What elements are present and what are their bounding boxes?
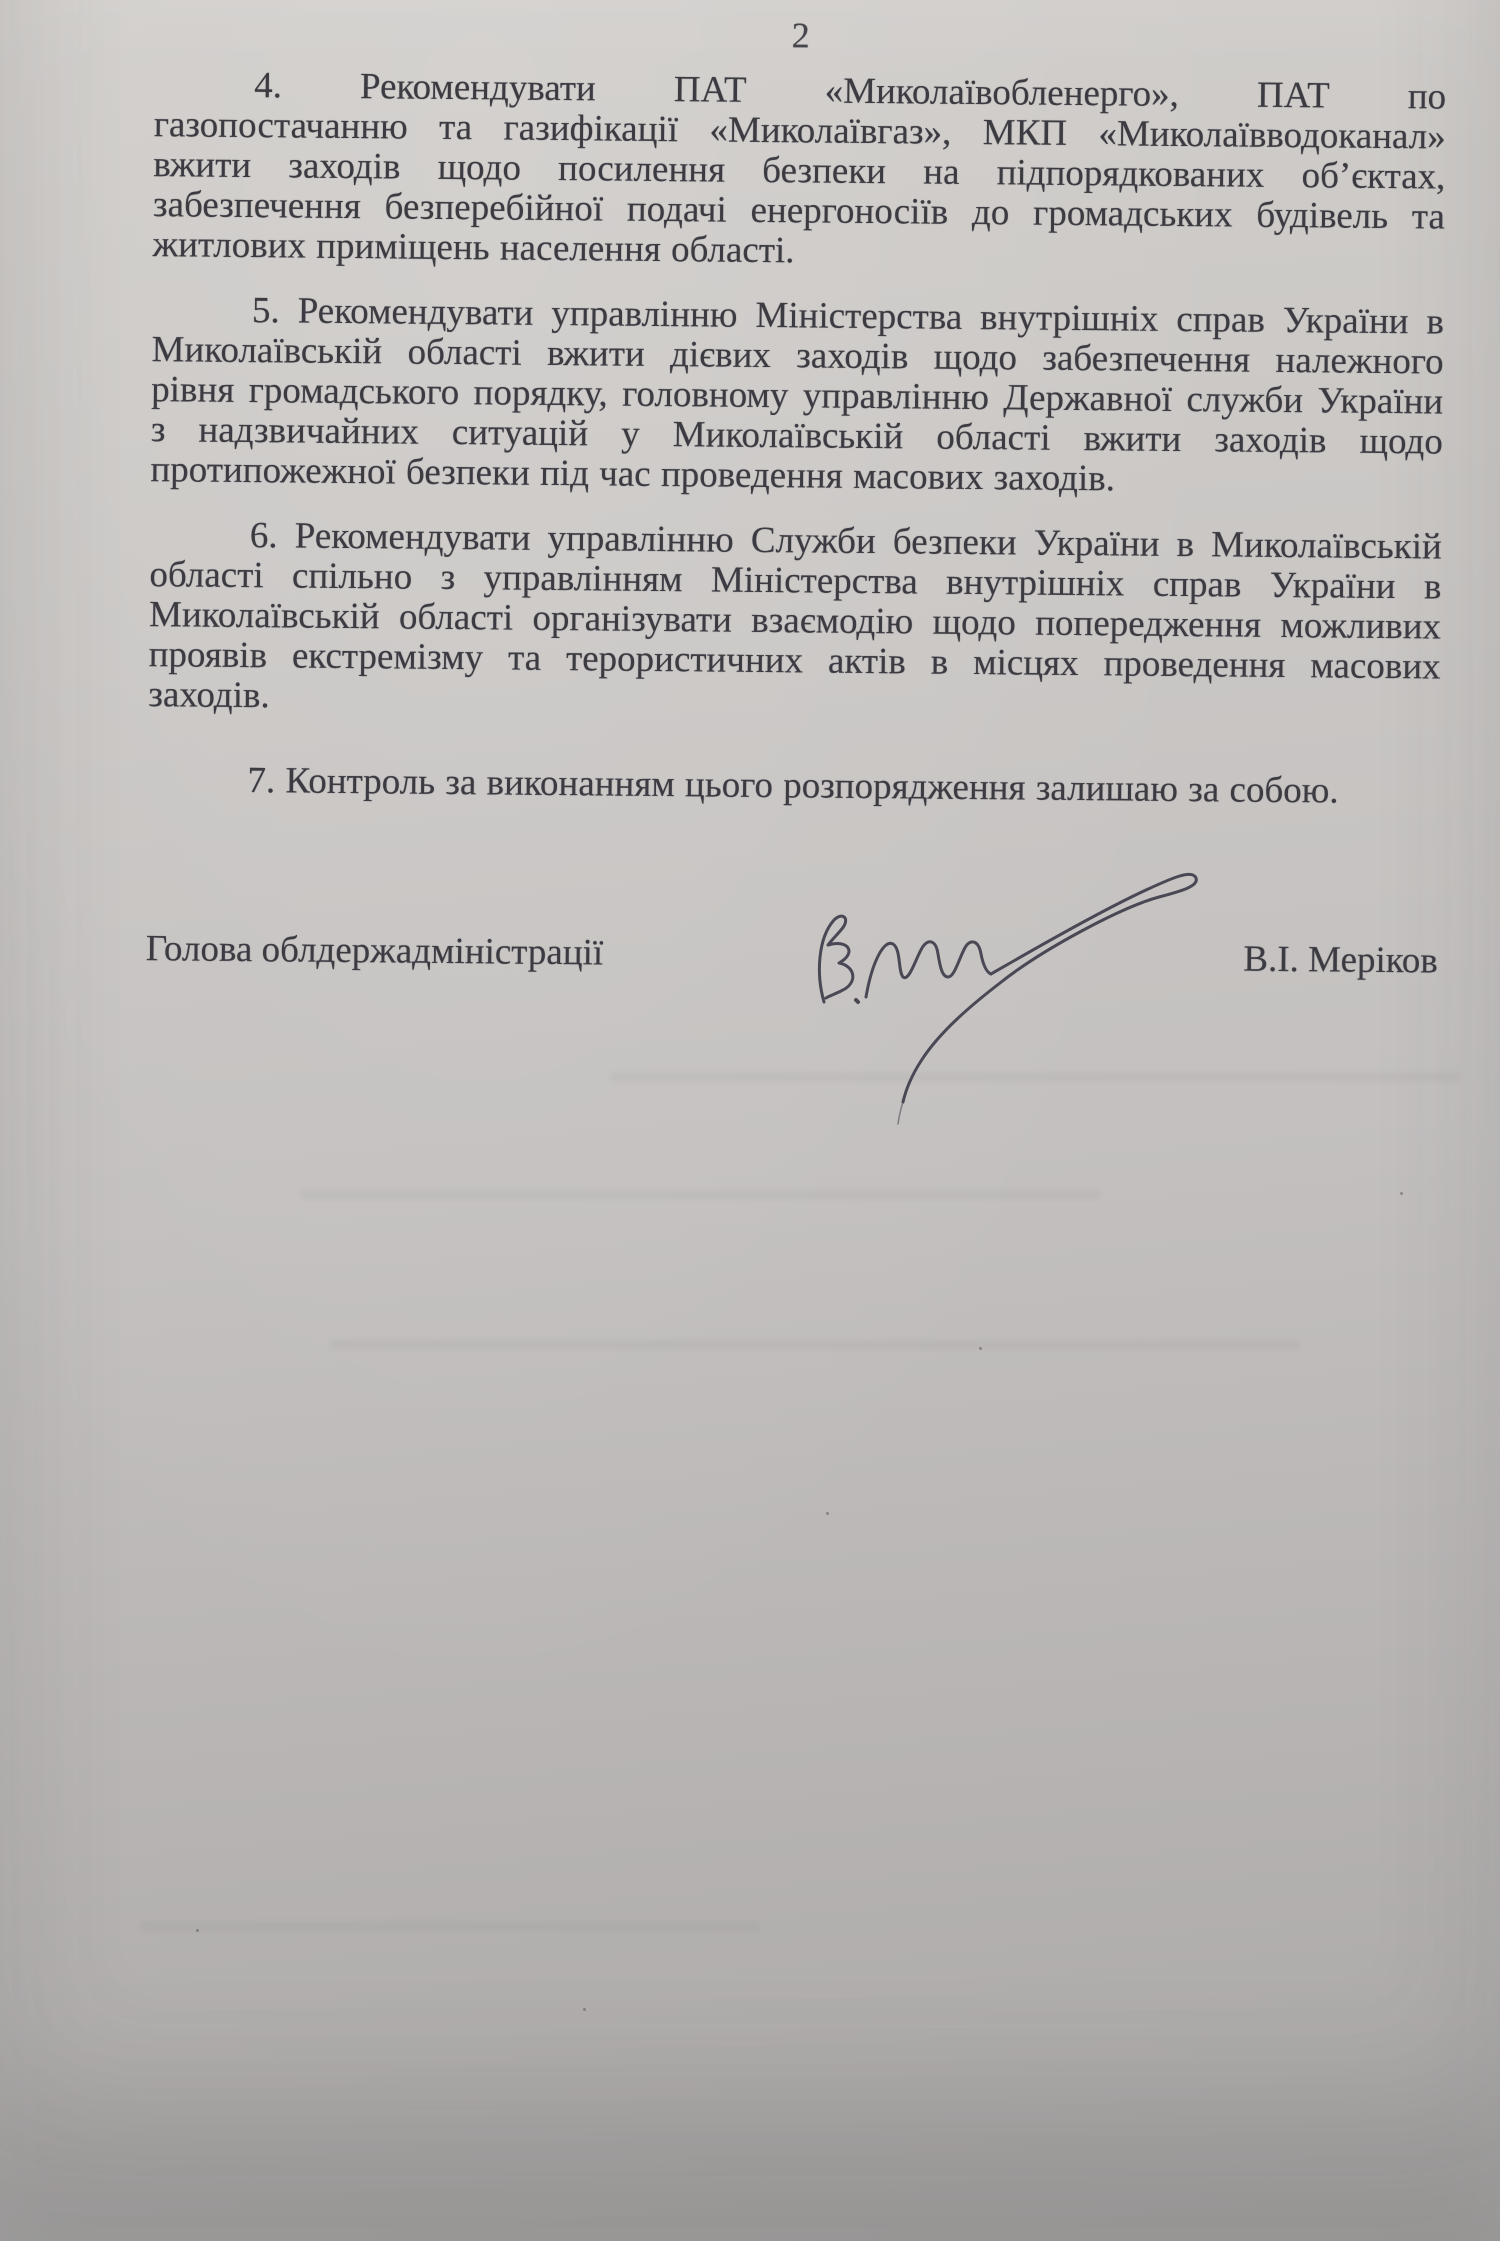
paper-smudge bbox=[330, 1340, 1300, 1350]
paragraph-6: 6. Рекомендувати управлінню Служби безпе… bbox=[148, 515, 1442, 727]
page-number: 2 bbox=[155, 9, 1447, 61]
signatory-name: В.І. Меріков bbox=[1243, 937, 1438, 985]
signature-stroke-tail bbox=[898, 1102, 903, 1124]
signatory-title: Голова облдержадміністрації bbox=[146, 926, 604, 976]
scanned-page: 2 4. Рекомендувати ПАТ «Миколаївобленерг… bbox=[0, 0, 1500, 2241]
paper-smudge bbox=[140, 1922, 760, 1931]
paper-speck bbox=[196, 1929, 199, 1932]
paragraph-7: 7. Контроль за виконанням цього розпоряд… bbox=[147, 760, 1439, 812]
paragraph-line: 7. Контроль за виконанням цього розпоряд… bbox=[147, 760, 1439, 812]
paper-speck bbox=[1400, 1192, 1403, 1195]
paper-smudge bbox=[300, 1190, 1100, 1199]
signature-block: Голова облдержадміністрації В.І. Меріков bbox=[146, 926, 1438, 984]
paper-smudge bbox=[610, 1072, 1460, 1082]
signature-dot bbox=[856, 1000, 858, 1002]
paper-speck bbox=[583, 2008, 586, 2011]
paper-speck bbox=[979, 1347, 982, 1350]
paragraph-4: 4. Рекомендувати ПАТ «Миколаївобленерго»… bbox=[152, 65, 1446, 277]
paragraph-5: 5. Рекомендувати управлінню Міністерства… bbox=[150, 290, 1444, 502]
paper-speck bbox=[826, 1512, 829, 1515]
document-content: 2 4. Рекомендувати ПАТ «Миколаївобленерг… bbox=[146, 0, 1447, 984]
